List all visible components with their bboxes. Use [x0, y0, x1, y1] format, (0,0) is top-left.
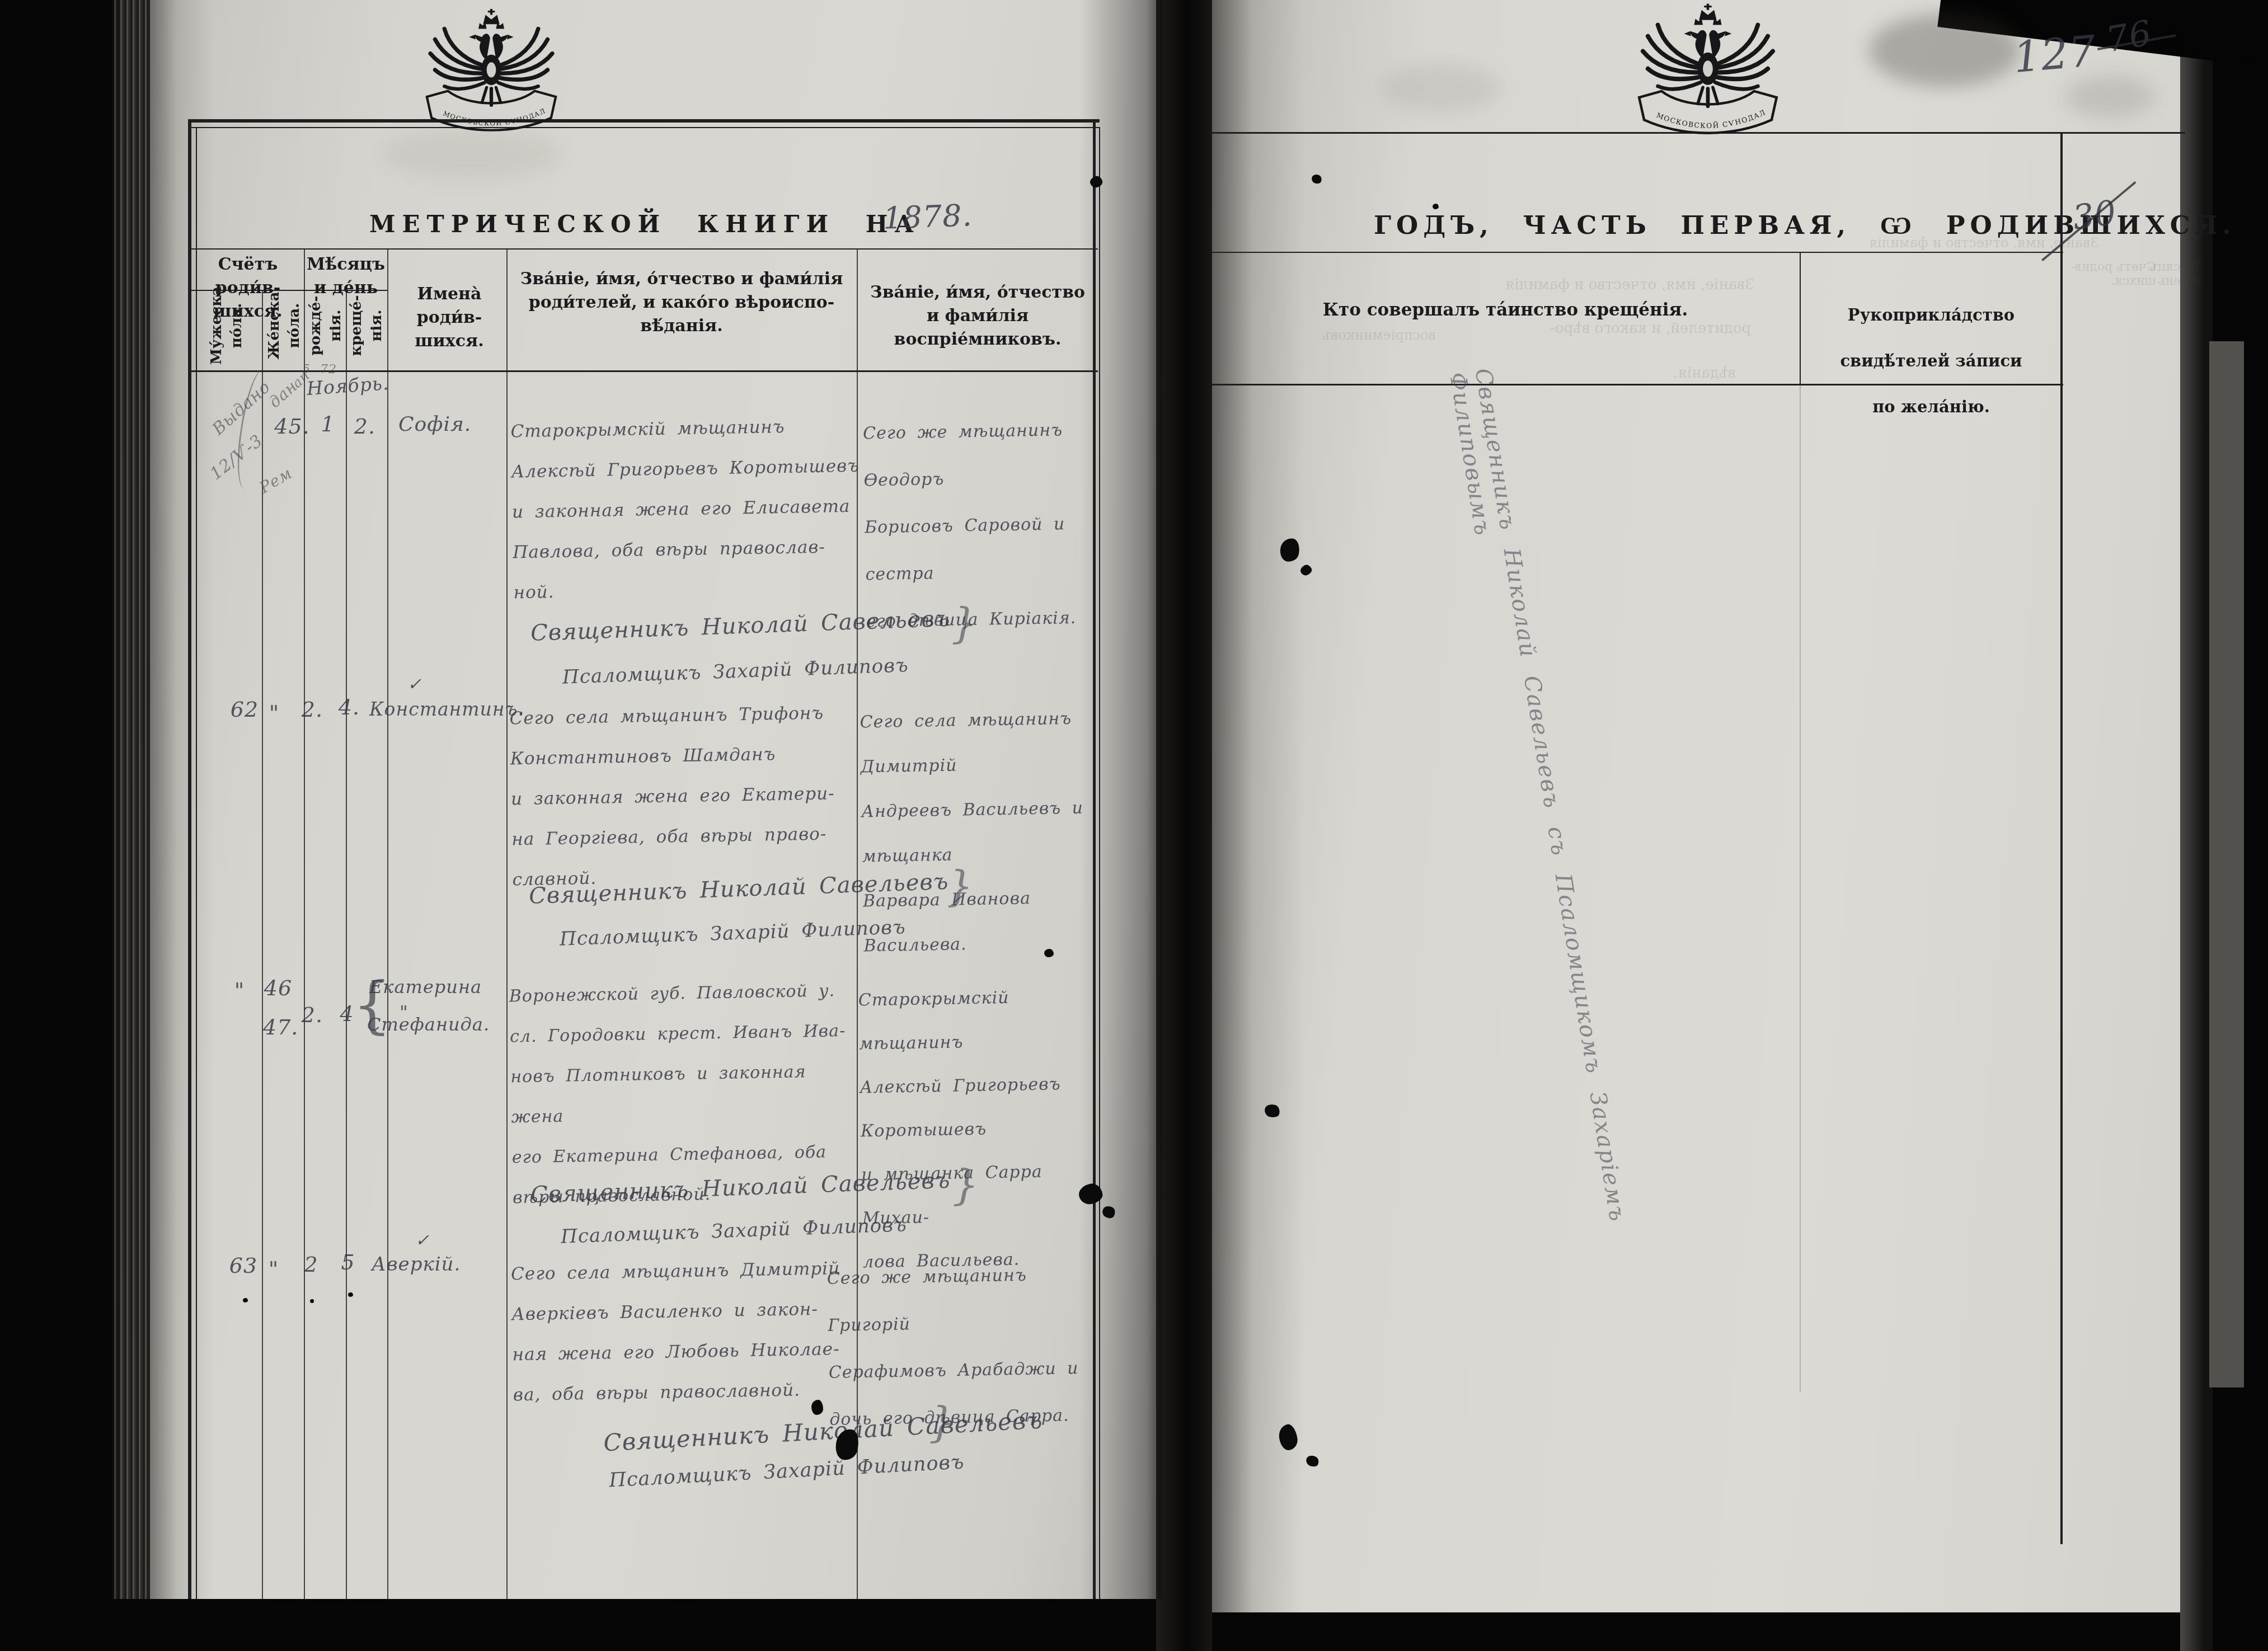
ghost-text: Званіе, имя, отчество и фамилія — [1869, 235, 2099, 251]
entry-child-name: Аверкій. — [372, 1253, 461, 1276]
entry-birth-day: 1 — [312, 412, 344, 436]
paper-smudge — [381, 129, 560, 179]
table-rule — [346, 290, 347, 1599]
entry-ditto-mark: " — [260, 700, 288, 725]
table-rule — [1099, 127, 1100, 1599]
table-rule — [189, 127, 1100, 128]
header-godparents: Зва́ніе, и́мя, о́тчество и фами́лія восп… — [868, 281, 1087, 351]
header-male-sex: Му́жеска по́ла. — [206, 286, 247, 365]
entry-birth-day: 2 — [295, 1252, 327, 1277]
entry-child-name: Екатерина — [369, 976, 482, 998]
paper-smudge — [2065, 76, 2154, 117]
ghost-text: воспріемниковъ. — [1318, 327, 1436, 343]
entry-godparents-text: Старокрымскій мѣщанинъ Алексѣй Григорьев… — [858, 975, 1092, 1284]
entry-ditto-mark: " — [260, 1257, 288, 1281]
entry-baptism-day: 4. — [334, 695, 365, 719]
ink-dot — [348, 1292, 353, 1297]
entry-female-number: 45. — [274, 414, 310, 439]
entry-parents-text: Сего села мѣщанинъ Димитрій Аверкіевъ Ва… — [511, 1248, 866, 1415]
table-rule — [196, 127, 197, 1599]
header-baptism-day: креще́- нія. — [346, 286, 387, 365]
header-female-sex: Же́нска по́ла. — [264, 286, 304, 365]
table-rule — [1093, 119, 1096, 1599]
entry-child-name: Стефанида. — [367, 1014, 490, 1035]
entry-child-name: Константинъ. — [369, 698, 524, 720]
entry-female-number: 46 — [262, 976, 294, 1000]
table-rule — [1212, 252, 2063, 253]
folio-number: 127 — [2011, 26, 2098, 83]
header-witnesses: Рукоприкла́дство свидѣ́телей за́писи по … — [1807, 292, 2055, 430]
table-rule — [1800, 385, 1801, 1392]
ghost-text: Мѣсяцъ и день — [2150, 260, 2200, 288]
signature-flourish: } — [952, 1161, 979, 1210]
handwritten-year: 1878. — [882, 197, 973, 236]
entry-birth-day: 2. — [297, 697, 328, 722]
entry-baptism-day: 5 — [332, 1250, 364, 1274]
entry-birth-day: 2. — [297, 1003, 328, 1027]
signature-flourish: } — [947, 863, 974, 911]
ghost-text: Счетъ родив- шихся. — [2070, 260, 2156, 288]
ink-blot — [811, 1400, 823, 1415]
ink-dot — [243, 1298, 248, 1302]
imperial-eagle-emblem: МОСКОВСКОЙ СѴНОДАЛЬНОЙ ТИПОГРАФІИ — [421, 9, 562, 133]
entry-parents-text: Сего села мѣщанинъ Трифонъ Константиновъ… — [509, 693, 862, 900]
signature-flourish: } — [951, 600, 978, 648]
entry-male-number: 63 — [226, 1253, 261, 1278]
ghost-text: вѣданія. — [1673, 365, 1736, 382]
ink-dot — [310, 1299, 314, 1303]
check-mark: ✓ — [407, 675, 422, 694]
entry-male-number: 62 — [227, 697, 262, 722]
signature-flourish: } — [929, 1399, 956, 1447]
ink-blot — [1044, 949, 1054, 957]
entry-child-name: Софія. — [398, 413, 471, 436]
header-names: Имена̀ роди́в- шихся. — [396, 283, 503, 353]
underlying-pages-edge — [2209, 341, 2244, 1387]
table-rule — [304, 248, 305, 1599]
ink-blot — [1433, 204, 1439, 209]
spine-gap — [1156, 0, 1212, 1651]
table-rule — [188, 119, 191, 1599]
table-rule — [189, 119, 1100, 123]
left-page-title: МЕТРИЧЕСКОЙ КНИГИ НА — [369, 210, 921, 238]
header-parents: Зва́ніе, и́мя, о́тчество и фами́лія роди… — [519, 267, 844, 338]
check-mark: ✓ — [415, 1231, 430, 1250]
entry-female-number: 47. — [263, 1015, 298, 1039]
table-rule — [190, 248, 1098, 250]
entry-parents-text: Старокрымскій мѣщанинъ Алексѣй Григорьев… — [510, 406, 863, 613]
table-rule — [387, 248, 388, 1599]
table-rule — [1800, 252, 1801, 385]
ghost-text: Званіе, имя, отчество и фамилія — [1505, 276, 1754, 293]
table-rule — [506, 248, 508, 1599]
ghost-text: родителей, и какого вѣро- — [1550, 320, 1751, 337]
book-scan: МОСКОВСКОЙ СѴНОДАЛЬНОЙ ТИПОГРАФІИ МЕТРИЧ… — [0, 0, 2268, 1651]
crossed-folio-number: 76 — [2103, 12, 2154, 60]
margin-pencil-note: 5 72 — [302, 363, 337, 377]
imperial-eagle-emblem: МОСКОВСКОЙ СѴНОДАЛЬНОЙ ТИПОГРАФІИ — [1633, 3, 1783, 137]
entry-baptism-day: 2. — [349, 414, 381, 439]
header-officiant: Кто совершалъ та́инство креще́нія. — [1270, 300, 1740, 320]
paper-smudge — [1382, 64, 1500, 112]
header-birth-day: рожде́- нія. — [306, 286, 346, 365]
entry-ditto-mark: " — [224, 978, 255, 1003]
paper-smudge — [1869, 14, 2020, 87]
table-rule — [2060, 132, 2063, 1544]
